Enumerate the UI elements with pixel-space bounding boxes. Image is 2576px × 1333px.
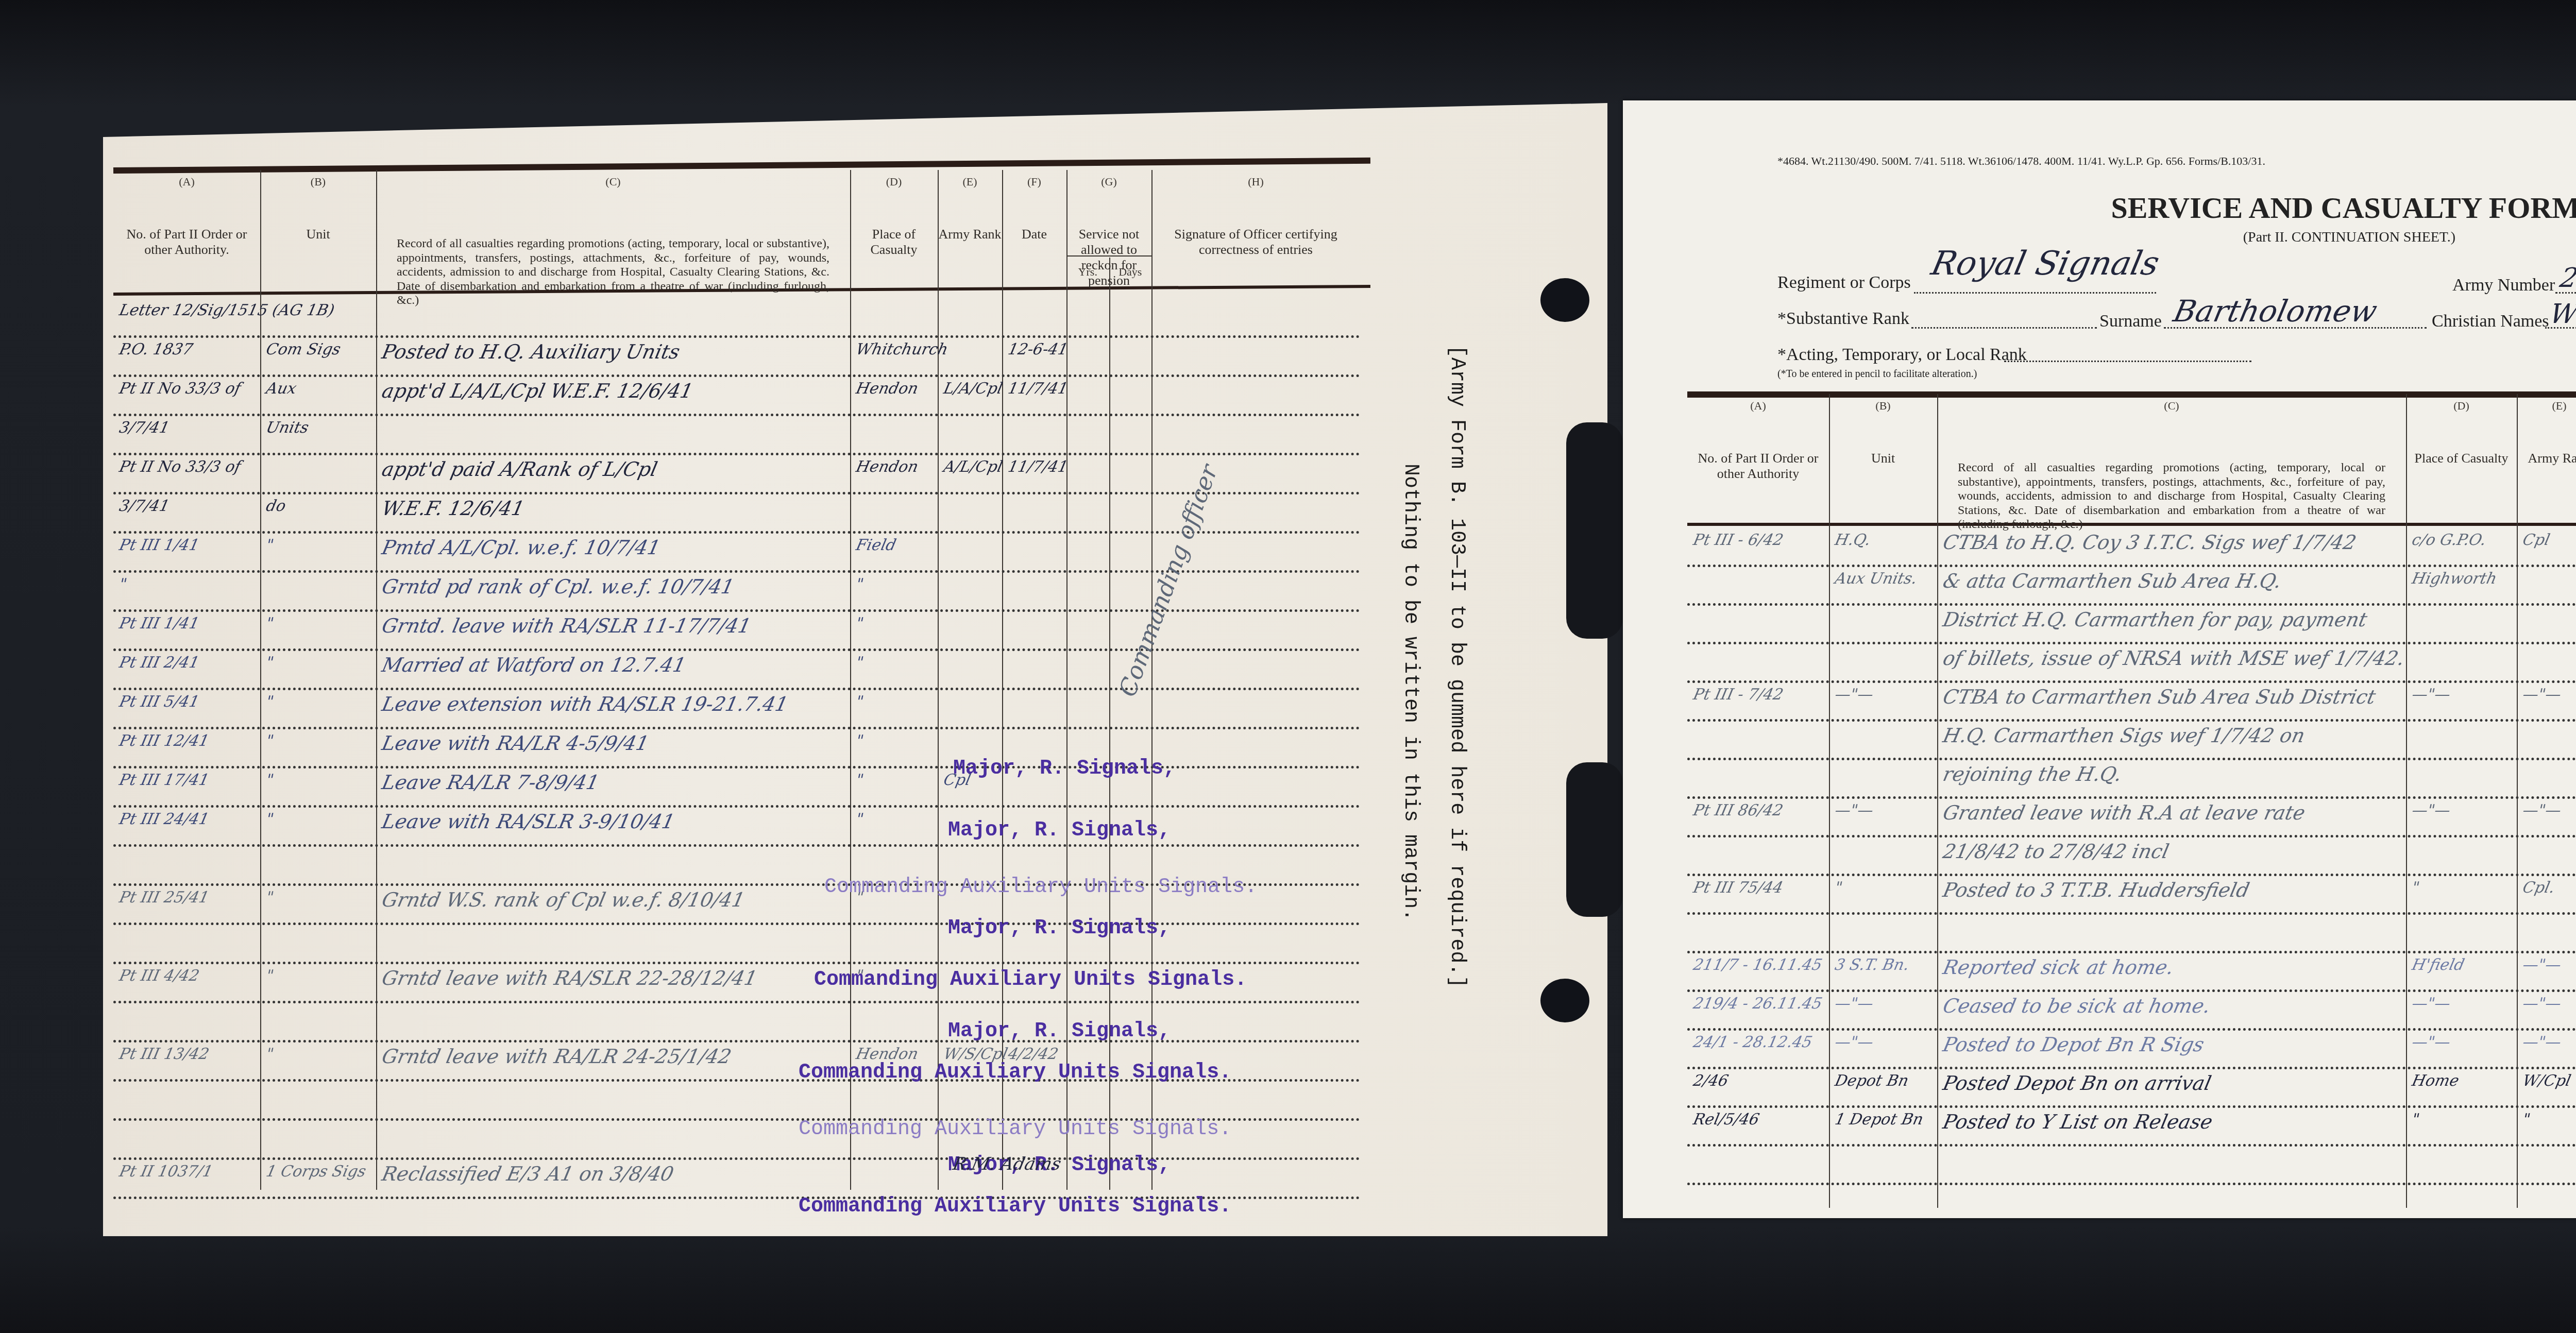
- table-cell-e: Cpl.: [2521, 879, 2556, 897]
- table-cell-c: & atta Carmarthen Sub Area H.Q.: [1941, 570, 2283, 592]
- table-cell-c: Reclassified E/3 A1 on 3/8/40: [380, 1163, 675, 1185]
- table-cell-d: ": [2410, 879, 2421, 897]
- row-rule: [1687, 603, 2576, 606]
- table-cell-a: Pt III 75/44: [1691, 879, 1785, 897]
- table-cell-e: —"—: [2521, 995, 2563, 1013]
- column-header: No. of Part II Order or other Authority.: [113, 227, 260, 258]
- table-cell-b: 1 Depot Bn: [1833, 1110, 1925, 1129]
- table-cell-c: H.Q. Carmarthen Sigs wef 1/7/42 on: [1941, 724, 2307, 747]
- table-cell-d: ": [2410, 1110, 2421, 1129]
- army-number-label: Army Number: [2452, 276, 2555, 295]
- table-cell-f: 11/7/41: [1006, 458, 1070, 476]
- table-cell-b: 3 S.T. Bn.: [1833, 956, 1911, 974]
- column-letter: (B): [1829, 399, 1937, 413]
- row-rule: [113, 844, 1360, 847]
- table-cell-a: Pt III - 6/42: [1691, 531, 1785, 549]
- table-cell-b: ": [264, 888, 275, 907]
- table-cell-a: Pt II No 33/3 of: [117, 458, 242, 476]
- row-rule: [113, 492, 1360, 494]
- surname-label: Surname: [2099, 312, 2162, 331]
- table-cell-b: —"—: [1833, 1033, 1875, 1051]
- acting-rank-field-line: [2004, 361, 2251, 362]
- row-rule: [113, 805, 1360, 808]
- table-cell-b: ": [1833, 879, 1844, 897]
- table-cell-b: Com Sigs: [264, 340, 342, 358]
- table-cell-e: Cpl: [2521, 531, 2551, 549]
- table-cell-e: —"—: [2521, 801, 2563, 819]
- table-cell-d: H'field: [2410, 956, 2466, 974]
- officer-signature: R.M. Adams: [951, 1154, 1063, 1174]
- table-cell-a: Pt III 1/41: [117, 536, 201, 554]
- christian-names-value: William Eric: [2547, 299, 2576, 330]
- row-rule: [113, 1040, 1360, 1043]
- table-cell-a: 219/4 - 26.11.45: [1691, 995, 1824, 1013]
- table-cell-b: ": [264, 614, 275, 633]
- column-header: Army Rank: [2517, 451, 2576, 466]
- table-cell-a: Pt III 25/41: [117, 888, 211, 907]
- column-divider: [376, 170, 377, 1190]
- acting-rank-label: *Acting, Temporary, or Local Rank: [1777, 345, 2027, 365]
- table-cell-e: L/A/Cpl: [942, 380, 1004, 398]
- table-cell-c: Grntd pd rank of Cpl. w.e.f. 10/7/41: [380, 575, 736, 598]
- binding-tab-cutout: [1566, 422, 1623, 639]
- column-divider: [1109, 258, 1110, 1190]
- row-rule: [113, 453, 1360, 455]
- table-cell-c: Pmtd A/L/Cpl. w.e.f. 10/7/41: [380, 536, 663, 559]
- table-cell-d: —"—: [2410, 1033, 2452, 1051]
- table-cell-c: Leave RA/LR 7-8/9/41: [380, 771, 601, 794]
- table-cell-c: of billets, issue of NRSA with MSE wef 1…: [1941, 647, 2406, 670]
- table-cell-a: Pt III 17/41: [117, 771, 211, 789]
- table-cell-a: Pt III 5/41: [117, 693, 201, 711]
- table-cell-c: Grntd leave with RA/SLR 22-28/12/41: [380, 967, 759, 989]
- table-cell-c: Grntd leave with RA/LR 24-25/1/42: [380, 1045, 733, 1068]
- table-cell-f: 11/7/41: [1006, 380, 1070, 398]
- column-header: No. of Part II Order or other Authority: [1687, 451, 1829, 482]
- table-cell-a: Pt II No 33/3 of: [117, 380, 242, 398]
- row-rule: [1687, 912, 2576, 915]
- binding-tab-cutout: [1566, 762, 1623, 917]
- officer-stamp: Major, R. Signals,: [953, 757, 1176, 780]
- table-cell-c: Leave with RA/LR 4-5/9/41: [380, 732, 651, 755]
- table-cell-d: Highworth: [2410, 570, 2498, 588]
- table-cell-b: —"—: [1833, 686, 1875, 704]
- row-rule: [1687, 1183, 2576, 1185]
- table-cell-b: ": [264, 654, 275, 672]
- table-cell-b: Units: [264, 419, 310, 437]
- row-rule: [113, 1001, 1360, 1003]
- table-cell-a: Pt III 12/41: [117, 732, 211, 750]
- table-cell-f: 12-6-41: [1006, 340, 1070, 358]
- column-divider: [938, 170, 939, 1190]
- table-cell-e: W/Cpl: [2521, 1072, 2572, 1090]
- table-cell-c: CTBA to H.Q. Coy 3 I.T.C. Sigs wef 1/7/4…: [1941, 531, 2358, 554]
- table-cell-c: appt'd paid A/Rank of L/Cpl: [380, 458, 659, 481]
- print-codes: *4684. Wt.21130/490. 500M. 7/41. 5118. W…: [1777, 155, 2265, 168]
- table-cell-d: c/o G.P.O.: [2410, 531, 2487, 549]
- column-subheader: Days: [1109, 265, 1152, 279]
- table-cell-d: Whitchurch: [854, 340, 950, 358]
- table-cell-c: W.E.F. 12/6/41: [380, 497, 527, 520]
- table-cell-a: Rel/5/46: [1691, 1110, 1761, 1129]
- table-cell-d: ": [854, 575, 865, 593]
- table-cell-b: ": [264, 732, 275, 750]
- column-divider: [850, 170, 851, 1190]
- table-cell-d: Hendon: [854, 1045, 920, 1063]
- table-cell-d: —"—: [2410, 801, 2452, 819]
- table-cell-c: Reported sick at home.: [1941, 956, 2176, 979]
- row-rule: [113, 1157, 1360, 1160]
- table-cell-b: ": [264, 771, 275, 789]
- column-letter: (D): [2406, 399, 2517, 413]
- officer-stamp: Major, R. Signals,: [948, 917, 1171, 940]
- table-cell-d: Field: [854, 536, 897, 554]
- column-header: Signature of Officer certifying correctn…: [1151, 227, 1360, 258]
- column-letter: (C): [376, 175, 850, 189]
- row-rule: [1687, 1028, 2576, 1031]
- table-cell-c: Posted to Y List on Release: [1941, 1110, 2214, 1133]
- table-cell-a: Pt III 13/42: [117, 1045, 211, 1063]
- officer-stamp: Major, R. Signals,: [948, 819, 1171, 842]
- column-header: Place of Casualty: [850, 227, 938, 258]
- officer-stamp: Commanding Auxiliary Units Signals.: [824, 876, 1257, 899]
- table-cell-a: Pt III - 7/42: [1691, 686, 1785, 704]
- punch-hole: [1540, 278, 1589, 322]
- table-cell-c: Leave with RA/SLR 3-9/10/41: [380, 810, 677, 833]
- officer-stamp: Major, R. Signals,: [948, 1020, 1171, 1043]
- table-cell-e: —"—: [2521, 686, 2563, 704]
- table-cell-d: ": [854, 614, 865, 633]
- table-cell-d: —"—: [2410, 995, 2452, 1013]
- row-rule: [113, 727, 1360, 729]
- form-title: SERVICE AND CASUALTY FORM.: [1623, 191, 2576, 225]
- table-cell-b: —"—: [1833, 801, 1875, 819]
- table-cell-c: Granted leave with R.A at leave rate: [1941, 801, 2307, 824]
- table-cell-a: 3/7/41: [117, 419, 171, 437]
- row-rule: [1687, 989, 2576, 992]
- row-rule: [1687, 1105, 2576, 1108]
- table-cell-d: Hendon: [854, 458, 920, 476]
- header-top-rule: [113, 158, 1370, 174]
- table-cell-b: Aux Units.: [1833, 570, 1919, 588]
- regiment-label: Regiment or Corps: [1777, 273, 1911, 293]
- pencil-note: (*To be entered in pencil to facilitate …: [1777, 368, 1977, 380]
- margin-note-nothing: Nothing to be written in this margin.: [1399, 464, 1422, 921]
- column-header: Record of all casualties regarding promo…: [376, 237, 850, 308]
- table-cell-a: Pt III 24/41: [117, 810, 211, 828]
- column-letter: (A): [1687, 399, 1829, 413]
- margin-note-gummed: [Army Form B. 103—II to be gummed here i…: [1445, 345, 1468, 988]
- row-rule: [1687, 874, 2576, 876]
- column-letter: (B): [260, 175, 376, 189]
- table-cell-c: Posted to H.Q. Auxiliary Units: [380, 340, 682, 363]
- column-letter: (A): [113, 175, 260, 189]
- table-cell-a: 2/46: [1691, 1072, 1730, 1090]
- table-cell-c: Married at Watford on 12.7.41: [380, 654, 688, 676]
- row-rule: [1687, 951, 2576, 953]
- row-rule: [1687, 758, 2576, 760]
- table-cell-c: rejoining the H.Q.: [1941, 763, 2124, 785]
- officer-signature: Commanding officer: [1113, 461, 1223, 700]
- row-rule: [1687, 835, 2576, 838]
- row-rule: [1687, 796, 2576, 799]
- table-cell-a: 3/7/41: [117, 497, 171, 515]
- table-cell-d: ": [854, 771, 865, 789]
- column-header: Unit: [1829, 451, 1937, 466]
- table-cell-b: ": [264, 536, 275, 554]
- table-cell-a: Pt II 1037/1: [117, 1163, 214, 1181]
- column-header: Unit: [260, 227, 376, 242]
- row-rule: [1687, 1144, 2576, 1147]
- column-divider: [1829, 394, 1830, 1208]
- column-letter: (C): [1937, 399, 2406, 413]
- column-header: Record of all casualties regarding promo…: [1937, 461, 2406, 532]
- table-cell-b: 1 Corps Sigs: [264, 1163, 367, 1181]
- punch-hole: [1540, 979, 1589, 1022]
- row-rule: [113, 648, 1360, 651]
- table-cell-c: CTBA to Carmarthen Sub Area Sub District: [1941, 686, 2378, 708]
- table-cell-c: Leave extension with RA/SLR 19-21.7.41: [380, 693, 790, 715]
- table-cell-b: ": [264, 967, 275, 985]
- table-cell-a: Letter 12/Sig/1515 (AG 1B): [117, 301, 336, 319]
- substantive-rank-label: *Substantive Rank: [1777, 309, 1909, 329]
- row-rule: [1687, 1067, 2576, 1069]
- regiment-field-line: [1914, 292, 2156, 294]
- column-header: Army Rank: [938, 227, 1002, 242]
- surname-value: Bartholomew: [2171, 294, 2380, 329]
- table-cell-b: Depot Bn: [1833, 1072, 1910, 1090]
- table-cell-e: —"—: [2521, 1033, 2563, 1051]
- left-form-sheet: (A)No. of Part II Order or other Authori…: [103, 103, 1607, 1236]
- army-number-value: 2578989: [2557, 263, 2576, 294]
- column-divider: [260, 170, 261, 1190]
- officer-stamp: Commanding Auxiliary Units Signals.: [799, 1061, 1231, 1084]
- row-rule: [1687, 719, 2576, 722]
- column-letter: (D): [850, 175, 938, 189]
- table-cell-e: —"—: [2521, 956, 2563, 974]
- rank-field-line: [1911, 327, 2097, 329]
- row-rule: [1687, 680, 2576, 683]
- row-rule: [113, 374, 1360, 377]
- table-cell-c: 21/8/42 to 27/8/42 incl: [1941, 840, 2171, 863]
- table-cell-a: Pt III 4/42: [117, 967, 201, 985]
- table-cell-d: ": [854, 810, 865, 828]
- column-header: Service not allowed to reckon for pensio…: [1066, 227, 1151, 288]
- table-cell-b: ": [264, 810, 275, 828]
- table-cell-a: Pt III 1/41: [117, 614, 201, 633]
- officer-stamp: Commanding Auxiliary Units Signals.: [799, 1118, 1231, 1141]
- column-divider: [2406, 394, 2407, 1208]
- table-cell-d: —"—: [2410, 686, 2452, 704]
- row-rule: [113, 335, 1360, 338]
- table-cell-b: do: [264, 497, 287, 515]
- table-cell-c: Posted to 3 T.T.B. Huddersfield: [1941, 879, 2251, 901]
- row-rule: [1687, 565, 2576, 567]
- table-cell-d: ": [854, 693, 865, 711]
- table-cell-c: Posted Depot Bn on arrival: [1941, 1072, 2213, 1095]
- right-form-sheet: *4684. Wt.21130/490. 500M. 7/41. 5118. W…: [1623, 100, 2576, 1218]
- column-subheader: Yrs.: [1066, 265, 1109, 279]
- table-cell-e: A/L/Cpl: [942, 458, 1004, 476]
- row-rule: [113, 922, 1360, 925]
- row-rule: [113, 688, 1360, 690]
- column-header: Date: [1002, 227, 1066, 242]
- table-cell-b: Aux: [264, 380, 298, 398]
- table-cell-b: —"—: [1833, 995, 1875, 1013]
- table-cell-f: 4/2/42: [1006, 1045, 1060, 1063]
- table-cell-c: Posted to Depot Bn R Sigs: [1941, 1033, 2206, 1056]
- table-cell-a: Pt III 86/42: [1691, 801, 1785, 819]
- table-cell-d: ": [854, 654, 865, 672]
- table-cell-e: ": [2521, 1110, 2532, 1129]
- table-cell-b: H.Q.: [1833, 531, 1872, 549]
- row-rule: [113, 609, 1360, 612]
- table-cell-a: P.O. 1837: [117, 340, 194, 358]
- table-cell-c: Grntd W.S. rank of Cpl w.e.f. 8/10/41: [380, 888, 747, 911]
- table-cell-b: ": [264, 1045, 275, 1063]
- table-cell-d: ": [854, 732, 865, 750]
- officer-stamp: Commanding Auxiliary Units Signals.: [814, 968, 1247, 992]
- form-subtitle: (Part II. CONTINUATION SHEET.): [1623, 229, 2576, 246]
- column-letter: (E): [2517, 399, 2576, 413]
- table-cell-a: 211/7 - 16.11.45: [1691, 956, 1824, 974]
- column-letter: (G): [1066, 175, 1151, 189]
- regiment-value: Royal Signals: [1928, 245, 2163, 283]
- column-letter: (E): [938, 175, 1002, 189]
- table-cell-c: District H.Q. Carmarthen for pay, paymen…: [1941, 608, 2369, 631]
- christian-names-label: Christian Names: [2432, 312, 2549, 331]
- row-rule: [113, 962, 1360, 964]
- table-cell-d: Hendon: [854, 380, 920, 398]
- table-cell-a: 24/1 - 28.12.45: [1691, 1033, 1814, 1051]
- column-letter: (H): [1151, 175, 1360, 189]
- table-cell-b: ": [264, 693, 275, 711]
- row-rule: [113, 414, 1360, 416]
- header-top-rule: [1687, 391, 2576, 398]
- table-cell-a: Pt III 2/41: [117, 654, 201, 672]
- column-header: Place of Casualty: [2406, 451, 2517, 466]
- row-rule: [1687, 642, 2576, 644]
- table-cell-d: Home: [2410, 1072, 2461, 1090]
- table-cell-e: W/S/Cpl: [942, 1045, 1009, 1063]
- table-cell-c: Ceased to be sick at home.: [1941, 995, 2212, 1017]
- column-letter: (F): [1002, 175, 1066, 189]
- column-divider: [2517, 394, 2518, 1208]
- table-cell-c: Grntd. leave with RA/SLR 11-17/7/41: [380, 614, 753, 637]
- officer-stamp: Commanding Auxiliary Units Signals.: [799, 1195, 1231, 1218]
- table-cell-c: appt'd L/A/L/Cpl W.E.F. 12/6/41: [380, 380, 695, 402]
- table-cell-a: ": [117, 575, 128, 593]
